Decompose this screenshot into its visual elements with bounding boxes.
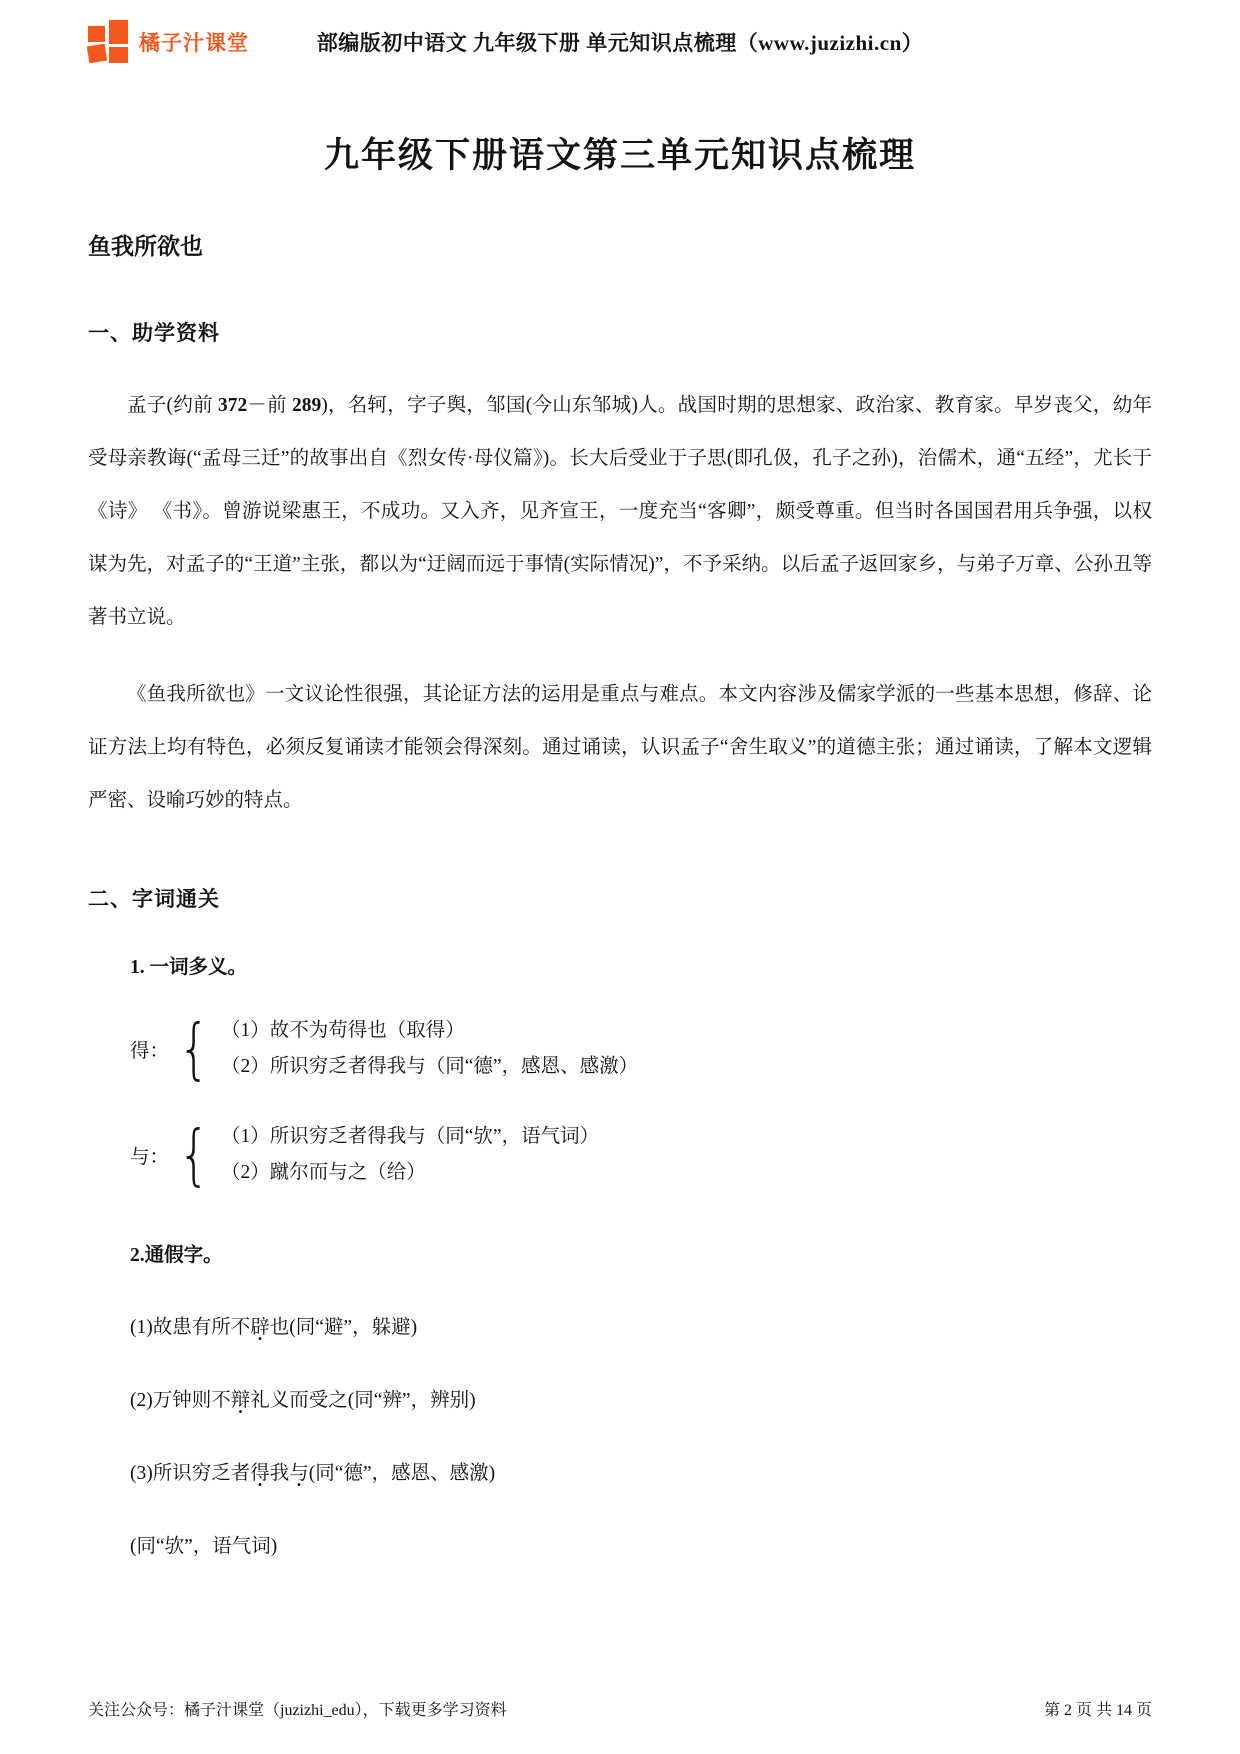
left-brace-icon: { [178, 1122, 210, 1188]
paragraph-text-intro: 《鱼我所欲也》一文议论性很强，其论证方法的运用是重点与难点。本文内容涉及儒家学派… [88, 668, 1152, 827]
group-word: 得： [130, 1035, 169, 1063]
page-header: 橘子汁课堂 部编版初中语文 九年级下册 单元知识点梳理（www.juzizhi.… [0, 0, 1240, 84]
page-footer: 关注公众号：橘子汁课堂（juzizhi_edu），下载更多学习资料 第 2 页 … [88, 1697, 1152, 1720]
footer-note: 关注公众号：橘子汁课堂（juzizhi_edu），下载更多学习资料 [88, 1697, 507, 1720]
tongjiazi-item: (3)所识穷乏者得我与(同“德”，感恩、感激) [130, 1447, 1152, 1500]
left-brace-icon: { [178, 1016, 210, 1082]
group-line: （1）所识穷乏者得我与（同“欤”，语气词） [221, 1119, 599, 1155]
section-heading-1: 一、助学资料 [88, 317, 1152, 347]
document-body: 九年级下册语文第三单元知识点梳理 鱼我所欲也 一、助学资料 孟子(约前 372－… [0, 128, 1240, 1573]
polysemy-group-de: 得： { （1）故不为苟得也（取得） （2）所识穷乏者得我与（同“德”，感恩、感… [130, 1013, 1152, 1085]
tongjiazi-item: (1)故患有所不辟也(同“避”，躲避) [130, 1301, 1152, 1354]
paragraph-mengzi-bio: 孟子(约前 372－前 289)，名轲，字子舆，邹国(今山东邹城)人。战国时期的… [88, 379, 1152, 644]
group-line: （1）故不为苟得也（取得） [221, 1013, 638, 1049]
logo-squares-icon [88, 20, 130, 64]
page-main-title: 九年级下册语文第三单元知识点梳理 [88, 128, 1152, 178]
brand-logo: 橘子汁课堂 [88, 20, 249, 64]
subheading-polysemy: 1. 一词多义。 [130, 951, 1152, 979]
group-line: （2）蹴尔而与之（给） [221, 1155, 599, 1191]
section-heading-2: 二、字词通关 [88, 883, 1152, 913]
tongjiazi-item: (同“欤”，语气词) [130, 1520, 1152, 1573]
group-word: 与： [130, 1141, 169, 1169]
group-line: （2）所识穷乏者得我与（同“德”，感恩、感激） [221, 1049, 638, 1085]
page-number-info: 第 2 页 共 14 页 [1044, 1697, 1152, 1720]
subheading-tongjiazi: 2.通假字。 [130, 1239, 1152, 1267]
logo-text: 橘子汁课堂 [139, 27, 249, 57]
lesson-title: 鱼我所欲也 [88, 228, 1152, 261]
tongjiazi-item: (2)万钟则不辩礼义而受之(同“辨”，辨别) [130, 1374, 1152, 1427]
polysemy-group-yu: 与： { （1）所识穷乏者得我与（同“欤”，语气词） （2）蹴尔而与之（给） [130, 1119, 1152, 1191]
